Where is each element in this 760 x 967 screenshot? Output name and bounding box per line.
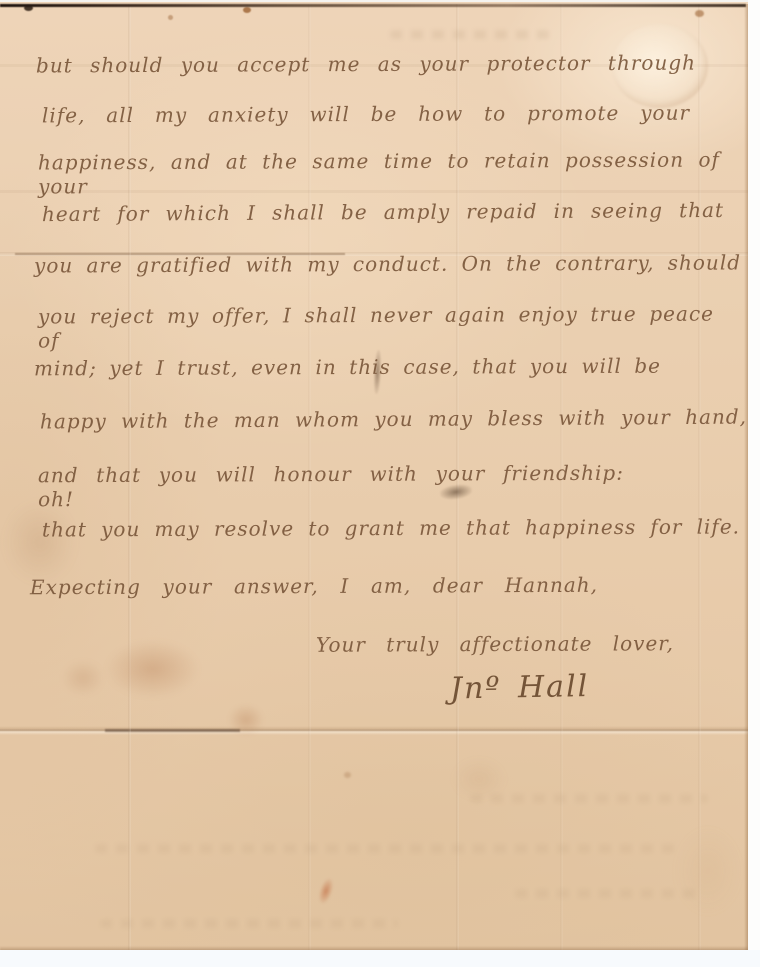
letter-line: heart for which I shall be amply repaid … xyxy=(42,198,724,226)
stain-speck xyxy=(243,7,251,13)
scanner-margin xyxy=(0,0,760,2)
letter-line: Expecting your answer, I am, dear Hannah… xyxy=(30,573,598,599)
bleed-through-text xyxy=(515,889,700,898)
stain xyxy=(62,660,104,696)
bleed-through-text xyxy=(100,919,398,928)
fold-crease-vertical xyxy=(698,4,701,952)
paper-edge-top xyxy=(0,4,746,7)
stain-speck xyxy=(695,10,704,17)
fold-crease-horizontal xyxy=(0,726,748,735)
stain xyxy=(105,640,200,698)
stain-speck xyxy=(344,772,351,778)
stain xyxy=(316,877,335,905)
letter-closing: Your truly affectionate lover, xyxy=(316,631,674,657)
scanner-margin xyxy=(0,950,760,967)
letter-line: that you may resolve to grant me that ha… xyxy=(42,514,740,541)
letter-line: happy with the man whom you may bless wi… xyxy=(40,405,747,434)
stain xyxy=(676,828,740,914)
stain xyxy=(452,758,506,800)
letter-line: life, all my anxiety will be how to prom… xyxy=(42,101,690,128)
fold-crease-shadow xyxy=(105,729,240,732)
stain xyxy=(228,704,264,736)
letter-line: you reject my offer, I shall never again… xyxy=(38,302,714,353)
scanned-letter: but should you accept me as your protect… xyxy=(0,0,760,967)
bleed-through-text xyxy=(390,30,550,39)
letter-line: mind; yet I trust, even in this case, th… xyxy=(34,354,661,381)
letter-line: but should you accept me as your protect… xyxy=(36,51,696,78)
letter-line: and that you will honour with your frien… xyxy=(38,461,624,512)
bleed-through-text xyxy=(470,794,708,803)
letter-line: you are gratified with my conduct. On th… xyxy=(34,250,741,277)
stain-speck xyxy=(168,15,173,20)
signature: Jnº Hall xyxy=(450,669,621,708)
letter-line: happiness, and at the same time to retai… xyxy=(38,148,720,199)
letter-paper: but should you accept me as your protect… xyxy=(0,2,748,950)
stain xyxy=(4,500,76,584)
scanner-margin xyxy=(748,0,760,967)
bleed-through-text xyxy=(95,844,683,853)
